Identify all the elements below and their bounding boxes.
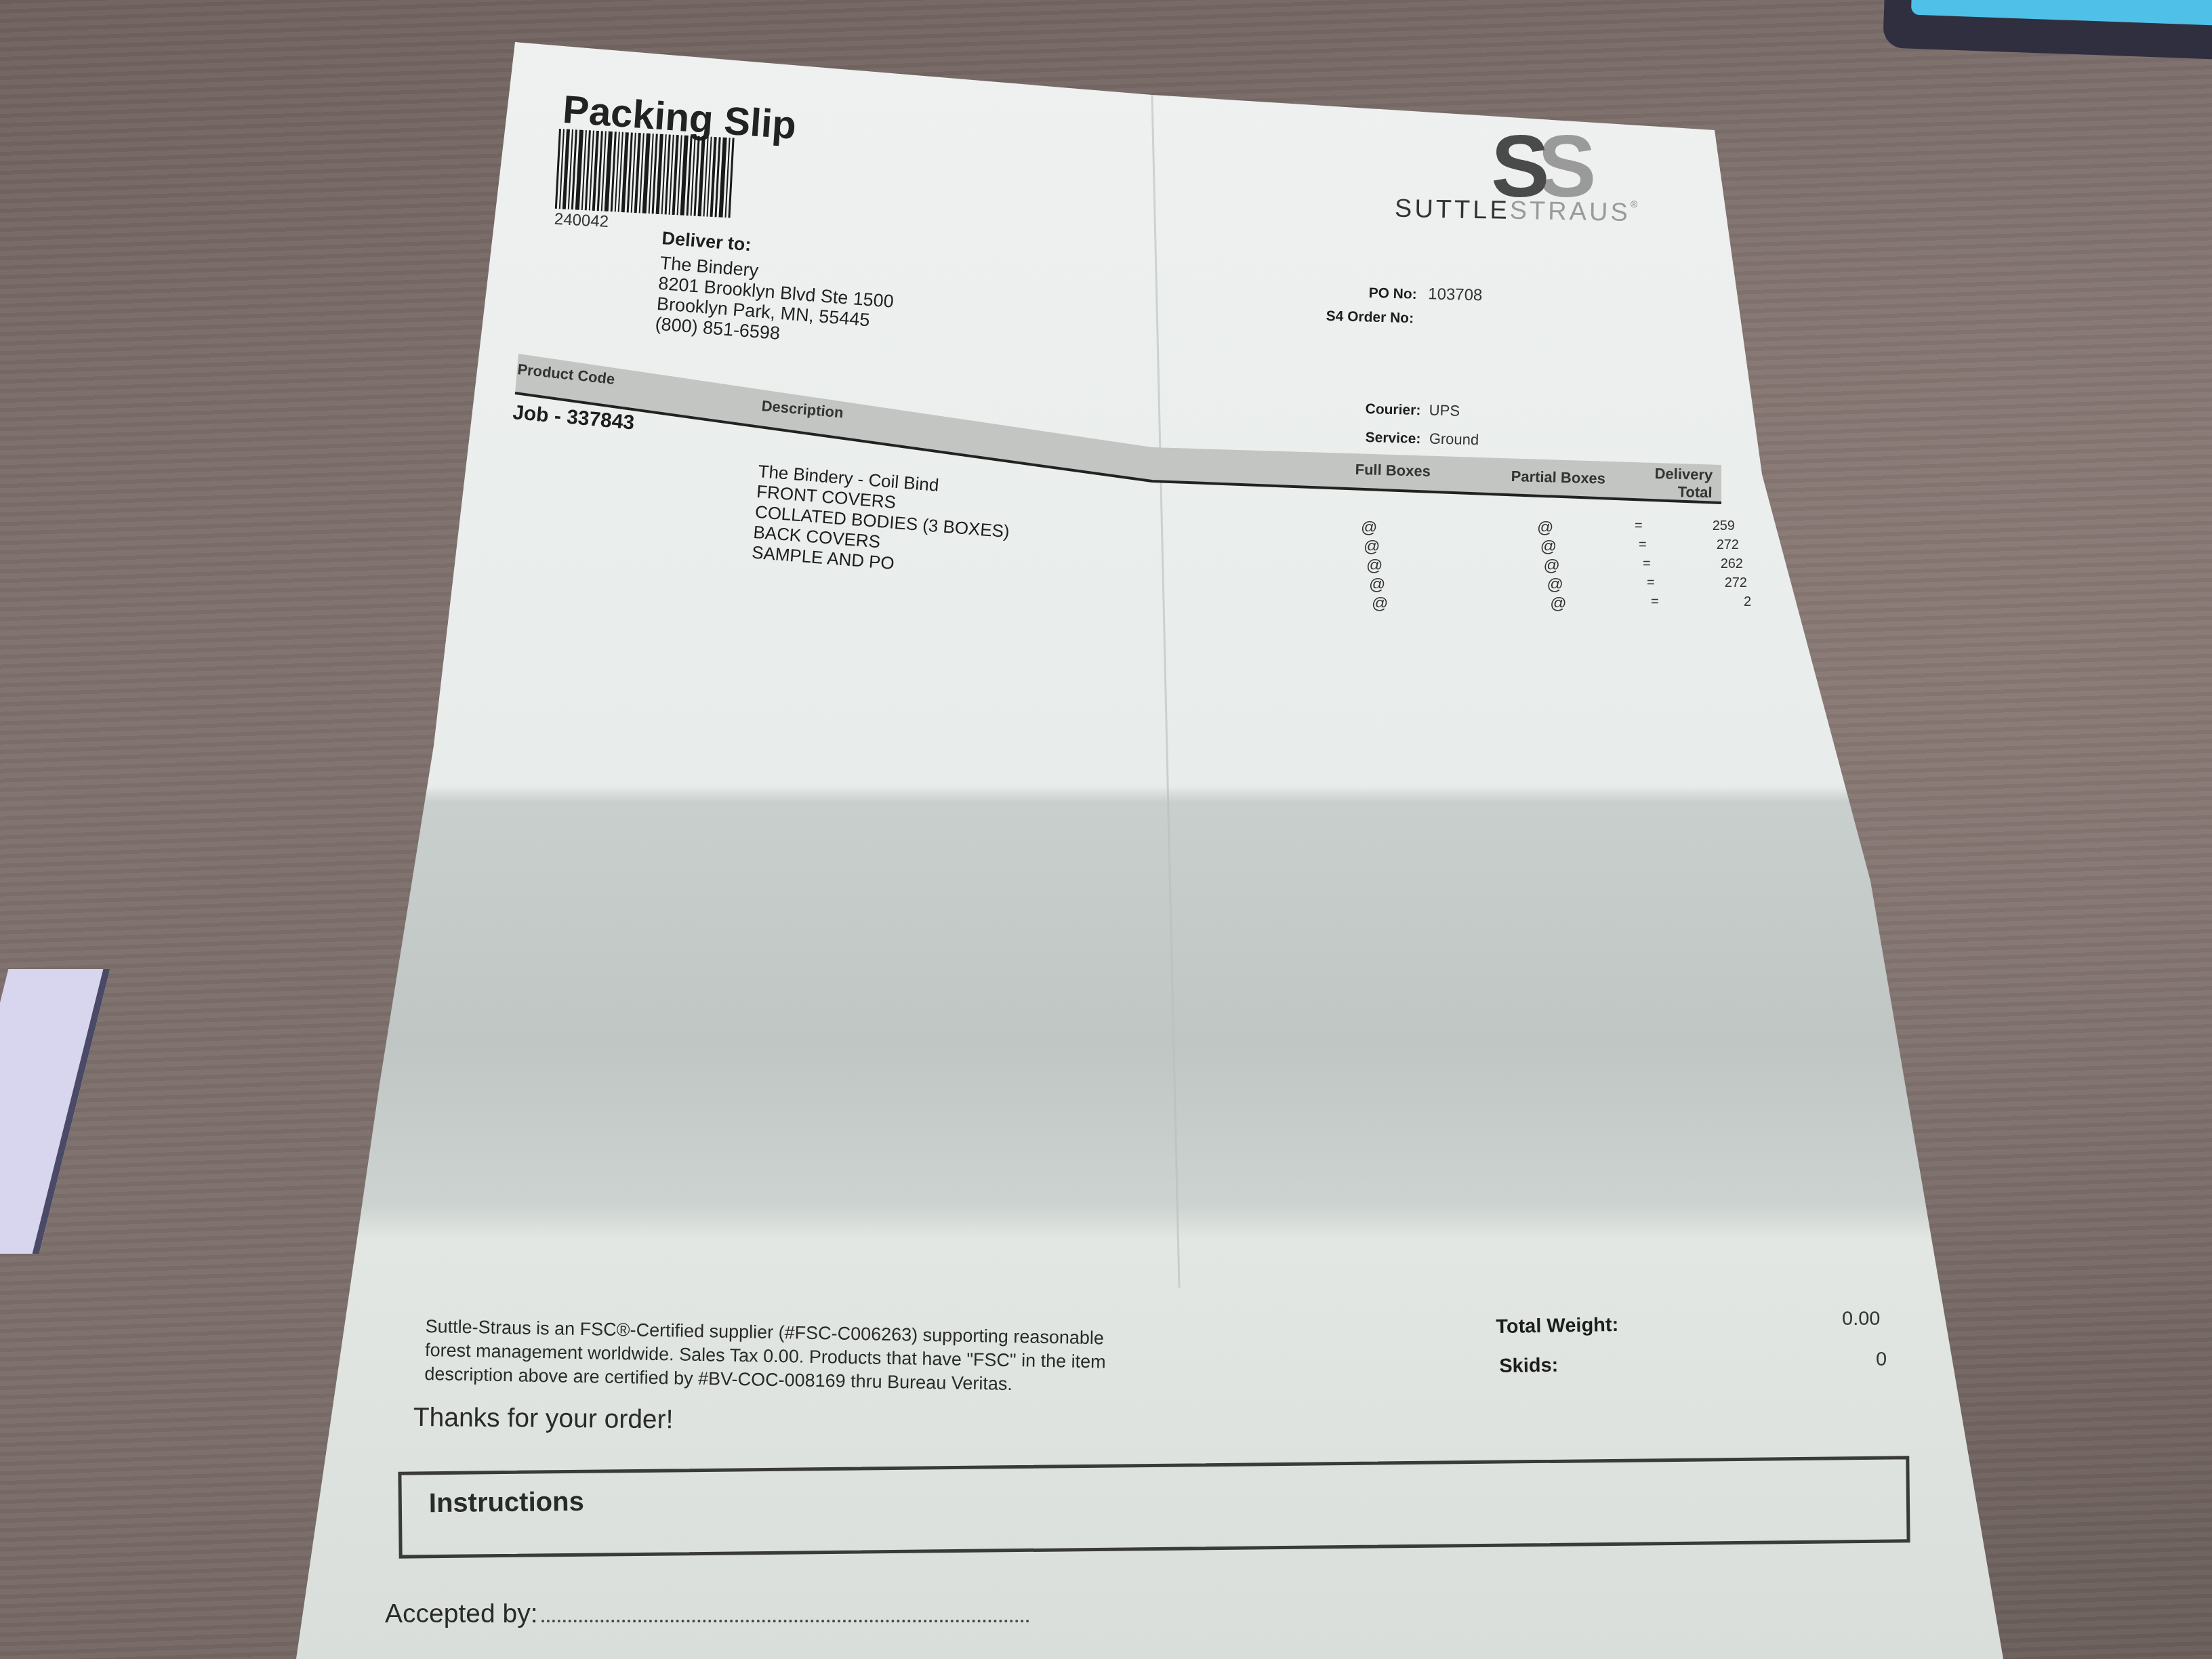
company-name-dark: SUTTLE xyxy=(1395,194,1510,225)
accepted-by-label: Accepted by: xyxy=(385,1599,537,1629)
s4-order-number: S4 Order No: xyxy=(1326,306,1414,327)
partial-boxes-cell: @ xyxy=(1537,518,1553,537)
instructions-label: Instructions xyxy=(429,1473,1906,1519)
equals-sign: = xyxy=(1651,594,1659,610)
header-full-boxes: Full Boxes xyxy=(1355,461,1431,480)
barcode: 240042 xyxy=(554,129,736,239)
skids-value: 0 xyxy=(1876,1349,1887,1371)
signature-line[interactable] xyxy=(541,1620,1029,1622)
po-number: PO No: 103708 xyxy=(1368,283,1482,305)
header-delivery-total: Delivery Total xyxy=(1654,465,1713,501)
deliver-to-block: Deliver to: The Bindery 8201 Brooklyn Bl… xyxy=(655,228,898,352)
deliver-address: The Bindery 8201 Brooklyn Blvd Ste 1500 … xyxy=(655,253,897,352)
barcode-bars xyxy=(555,129,737,218)
delivery-total-cell: 259 xyxy=(1694,518,1735,534)
full-boxes-cell: @ xyxy=(1366,556,1382,575)
partial-boxes-cell: @ xyxy=(1540,537,1557,556)
header-product-code: Product Code xyxy=(516,361,615,388)
header-partial-boxes: Partial Boxes xyxy=(1511,468,1605,488)
delivery-total-cell: 262 xyxy=(1702,556,1743,572)
header-delivery-label: Delivery xyxy=(1654,465,1713,484)
trademark-symbol: ® xyxy=(1631,199,1638,209)
courier-label: Courier: xyxy=(1365,401,1420,418)
accepted-by: Accepted by: xyxy=(385,1599,1029,1629)
header-description: Description xyxy=(761,397,844,422)
courier: Courier: UPS xyxy=(1365,400,1460,420)
total-weight-label: Total Weight: xyxy=(1496,1314,1619,1338)
service: Service: Ground xyxy=(1365,428,1479,449)
equals-sign: = xyxy=(1643,556,1651,572)
equals-sign: = xyxy=(1635,518,1643,534)
partial-boxes-cell: @ xyxy=(1544,556,1560,575)
po-label: PO No: xyxy=(1368,285,1417,302)
po-value: 103708 xyxy=(1428,285,1483,304)
instructions-box: Instructions xyxy=(398,1456,1910,1558)
equals-sign: = xyxy=(1639,537,1647,553)
total-weight-value: 0.00 xyxy=(1842,1308,1880,1330)
service-label: Service: xyxy=(1365,430,1420,447)
full-boxes-cell: @ xyxy=(1369,575,1385,594)
company-name-light: STRAUS xyxy=(1509,197,1631,227)
s4-order-label: S4 Order No: xyxy=(1326,308,1414,326)
equals-sign: = xyxy=(1647,575,1655,591)
fsc-statement: Suttle-Straus is an FSC®-Certified suppl… xyxy=(424,1315,1106,1398)
delivery-total-cell: 272 xyxy=(1698,537,1739,553)
delivery-total-cell: 2 xyxy=(1711,594,1751,610)
full-boxes-cell: @ xyxy=(1361,518,1377,537)
partial-boxes-cell: @ xyxy=(1550,594,1566,613)
packing-slip: Packing Slip 240042 SS SUTTLESTRAUS® Del… xyxy=(0,0,2212,1659)
courier-value: UPS xyxy=(1429,401,1460,419)
description-block: The Bindery - Coil Bind FRONT COVERS COL… xyxy=(751,461,1013,582)
full-boxes-cell: @ xyxy=(1372,594,1388,613)
product-code: Job - 337843 xyxy=(512,401,635,435)
full-boxes-cell: @ xyxy=(1364,537,1380,556)
header-total-label: Total xyxy=(1654,483,1713,501)
company-name: SUTTLESTRAUS® xyxy=(1395,194,1638,228)
service-value: Ground xyxy=(1429,430,1479,448)
thanks-message: Thanks for your order! xyxy=(413,1403,674,1435)
skids-label: Skids: xyxy=(1499,1354,1559,1378)
delivery-total-cell: 272 xyxy=(1706,575,1747,591)
partial-boxes-cell: @ xyxy=(1547,575,1563,594)
